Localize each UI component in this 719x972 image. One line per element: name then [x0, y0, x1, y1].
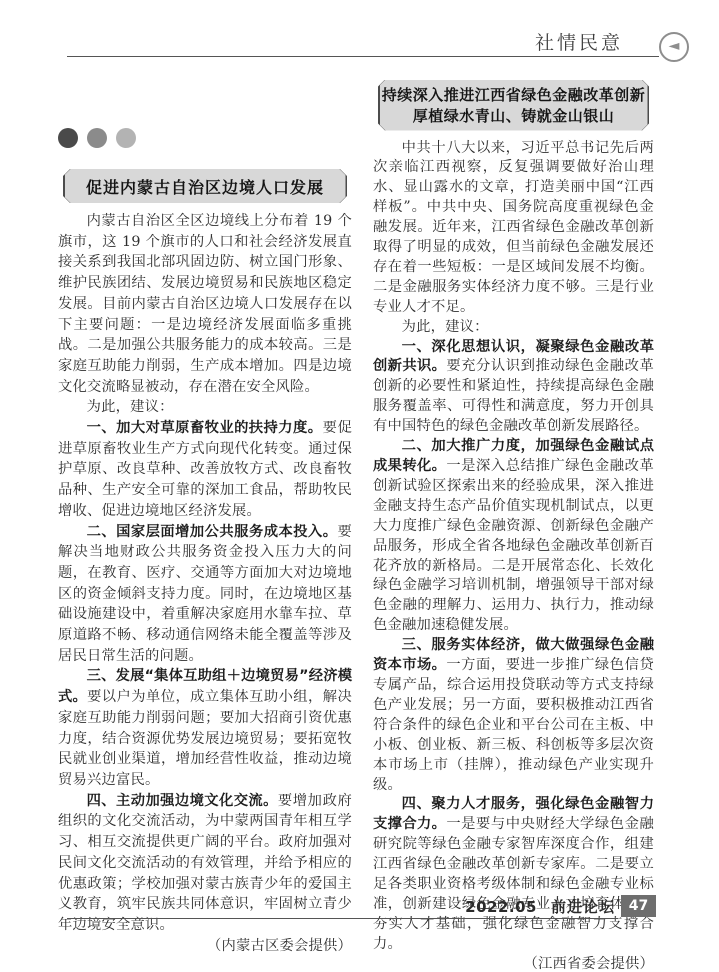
- paragraph: 一、深化思想认识，凝聚绿色金融改革创新共识。要充分认识到推动绿色金融改革创新的必…: [373, 338, 654, 438]
- left-article-body: 内蒙古自治区全区边境线上分布着 19 个旗市，这 19 个旗市的人口和社会经济发…: [58, 211, 352, 956]
- paragraph-lead: 四、主动加强边境文化交流。: [87, 793, 278, 809]
- arrow-glyph: ◄: [669, 39, 680, 53]
- left-article-attribution: （内蒙古区委会提供）: [58, 936, 352, 957]
- paragraph-text: 中共十八大以来，习近平总书记先后两次亲临江西视察，反复强调要做好治山理水、显山露…: [373, 140, 654, 315]
- paragraph-text: 一是要与中央财经大学绿色金融研究院等绿色金融专家智库深度合作，组建江西省绿色金融…: [373, 816, 654, 951]
- dot-medium: [87, 128, 107, 148]
- dot-dark: [58, 128, 78, 148]
- paragraph-text: 要以户为单位，成立集体互助小组，解决家庭互助能力削弱问题；要加大招商引资优惠力度…: [58, 689, 352, 788]
- footer-journal-name: 前进论坛: [551, 898, 615, 916]
- paragraph-text: 为此，建议：: [87, 399, 174, 415]
- footer-rule: [67, 918, 618, 919]
- paragraph-text: 一方面，要进一步推广绿色信贷专属产品，综合运用投贷联动等方式支持绿色产业发展；另…: [373, 657, 654, 792]
- paragraph: 三、服务实体经济，做大做强绿色金融资本市场。一方面，要进一步推广绿色信贷专属产品…: [373, 636, 654, 795]
- footer-issue: 2022.05: [465, 898, 537, 916]
- paragraph: 内蒙古自治区全区边境线上分布着 19 个旗市，这 19 个旗市的人口和社会经济发…: [58, 211, 352, 397]
- right-article-title-line2: 厚植绿水青山、铸就金山银山: [380, 106, 648, 127]
- right-article-title: 持续深入推进江西省绿色金融改革创新 厚植绿水青山、铸就金山银山: [380, 80, 648, 131]
- right-article-attribution: （江西省委会提供）: [373, 955, 654, 972]
- footer-meta: 2022.05前进论坛: [380, 896, 615, 917]
- paragraph-text: 一是深入总结推广绿色金融改革创新试验区探索出来的经验成果，深入推进金融支持生态产…: [373, 458, 654, 633]
- right-article-title-box: 持续深入推进江西省绿色金融改革创新 厚植绿水青山、铸就金山银山: [378, 80, 649, 131]
- paragraph: 二、国家层面增加公共服务成本投入。要解决当地财政公共服务资金投入压力大的问题，在…: [58, 522, 352, 667]
- paragraph: 二、加大推广力度，加强绿色金融试点成果转化。一是深入总结推广绿色金融改革创新试验…: [373, 437, 654, 636]
- left-article-title: 促进内蒙古自治区边境人口发展: [65, 169, 346, 203]
- right-article-body: 中共十八大以来，习近平总书记先后两次亲临江西视察，反复强调要做好治山理水、显山露…: [373, 139, 654, 972]
- right-article: 持续深入推进江西省绿色金融改革创新 厚植绿水青山、铸就金山银山 中共十八大以来，…: [373, 78, 654, 972]
- back-arrow-circle-icon: ◄: [659, 32, 689, 62]
- header-rule: [67, 56, 659, 57]
- paragraph-lead: 一、加大对草原畜牧业的扶持力度。: [87, 420, 323, 436]
- section-label: 社情民意: [535, 28, 623, 55]
- paragraph: 一、加大对草原畜牧业的扶持力度。要促进草原畜牧业生产方式向现代化转变。通过保护草…: [58, 418, 352, 522]
- decorative-dots: [58, 128, 352, 148]
- paragraph: 为此，建议：: [58, 397, 352, 418]
- dot-light: [116, 128, 136, 148]
- paragraph: 为此，建议：: [373, 318, 654, 338]
- paragraph-text: 要解决当地财政公共服务资金投入压力大的问题，在教育、医疗、交通等方面加大对边境地…: [58, 524, 352, 664]
- paragraph: 三、发展“集体互助组＋边境贸易”经济模式。要以户为单位，成立集体互助小组，解决家…: [58, 666, 352, 790]
- paragraph-text: 为此，建议：: [402, 319, 489, 335]
- paragraph-text: 内蒙古自治区全区边境线上分布着 19 个旗市，这 19 个旗市的人口和社会经济发…: [58, 213, 352, 395]
- left-article: 促进内蒙古自治区边境人口发展 内蒙古自治区全区边境线上分布着 19 个旗市，这 …: [58, 128, 352, 956]
- paragraph: 四、聚力人才服务，强化绿色金融智力支撑合力。一是要与中央财经大学绿色金融研究院等…: [373, 795, 654, 954]
- paragraph-lead: 二、国家层面增加公共服务成本投入。: [87, 524, 338, 540]
- paragraph-text: 要增加政府组织的文化交流活动，为中蒙两国青年相互学习、相互交流提供更广阔的平台。…: [58, 793, 352, 933]
- paragraph: 中共十八大以来，习近平总书记先后两次亲临江西视察，反复强调要做好治山理水、显山露…: [373, 139, 654, 318]
- paragraph: 四、主动加强边境文化交流。要增加政府组织的文化交流活动，为中蒙两国青年相互学习、…: [58, 791, 352, 936]
- right-article-title-line1: 持续深入推进江西省绿色金融改革创新: [380, 85, 648, 106]
- page-number-badge: 47: [621, 895, 656, 917]
- left-article-title-box: 促进内蒙古自治区边境人口发展: [63, 169, 347, 203]
